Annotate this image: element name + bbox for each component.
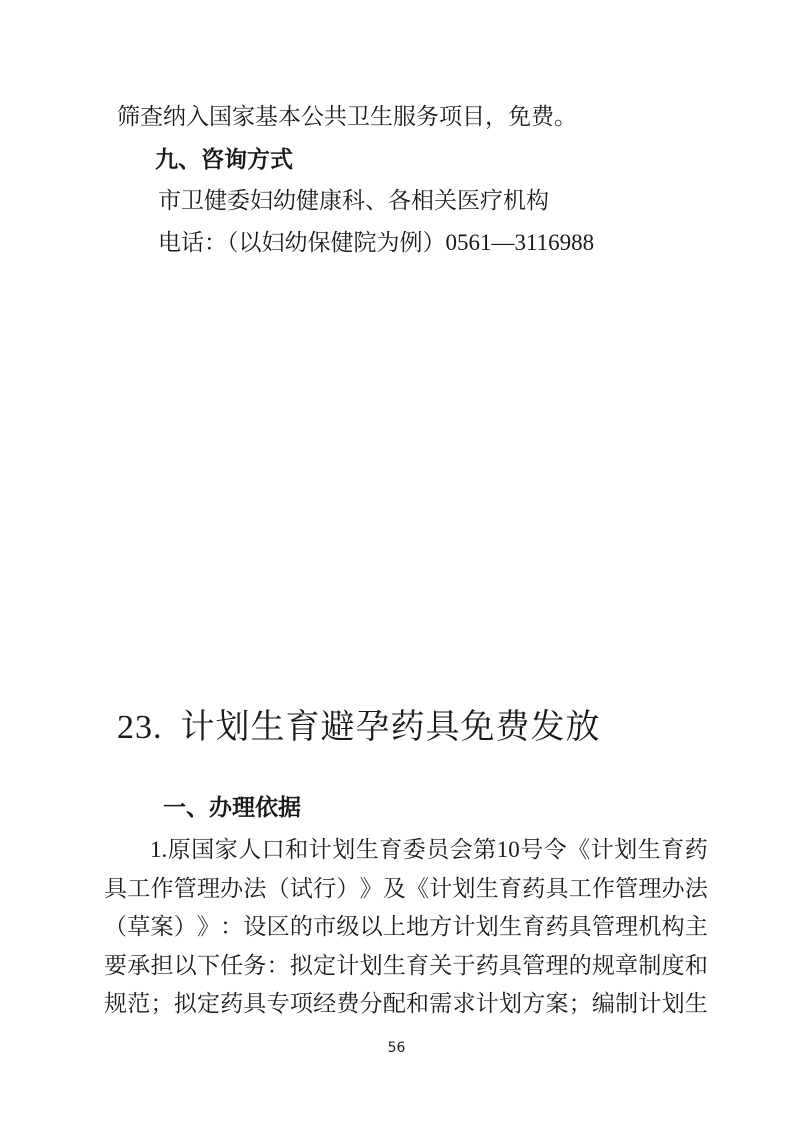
consultation-method-heading: 九、咨询方式 (155, 138, 708, 180)
previous-section-block: 筛查纳入国家基本公共卫生服务项目，免费。 九、咨询方式 市卫健委妇幼健康科、各相… (104, 96, 708, 264)
section-heading-basis: 一、办理依据 (163, 793, 301, 821)
paragraph-line: 要承担以下任务：拟定计划生育关于药具管理的规章制度和 (104, 947, 708, 986)
paragraph-line: （草案）》：设区的市级以上地方计划生育药具管理机构主 (104, 908, 708, 947)
paragraph-line: 规范；拟定药具专项经费分配和需求计划方案；编制计划生 (104, 985, 708, 1024)
section-paragraph: 1.原国家人口和计划生育委员会第 10 号令《计划生育药 具工作管理办法（试行）… (104, 831, 708, 1024)
previous-section-tail-line: 筛查纳入国家基本公共卫生服务项目，免费。 (117, 96, 708, 138)
document-page: 筛查纳入国家基本公共卫生服务项目，免费。 九、咨询方式 市卫健委妇幼健康科、各相… (0, 0, 793, 1122)
contact-organization-line: 市卫健委妇幼健康科、各相关医疗机构 (158, 180, 708, 222)
chapter-title: 23. 计划生育避孕药具免费发放 (117, 705, 601, 751)
contact-phone-line: 电话：（以妇幼保健院为例）0561—3116988 (158, 222, 708, 264)
page-number: 56 (0, 1040, 793, 1056)
paragraph-line: 1.原国家人口和计划生育委员会第 10 号令《计划生育药 (104, 831, 708, 870)
paragraph-line: 具工作管理办法（试行）》及《计划生育药具工作管理办法 (104, 870, 708, 909)
